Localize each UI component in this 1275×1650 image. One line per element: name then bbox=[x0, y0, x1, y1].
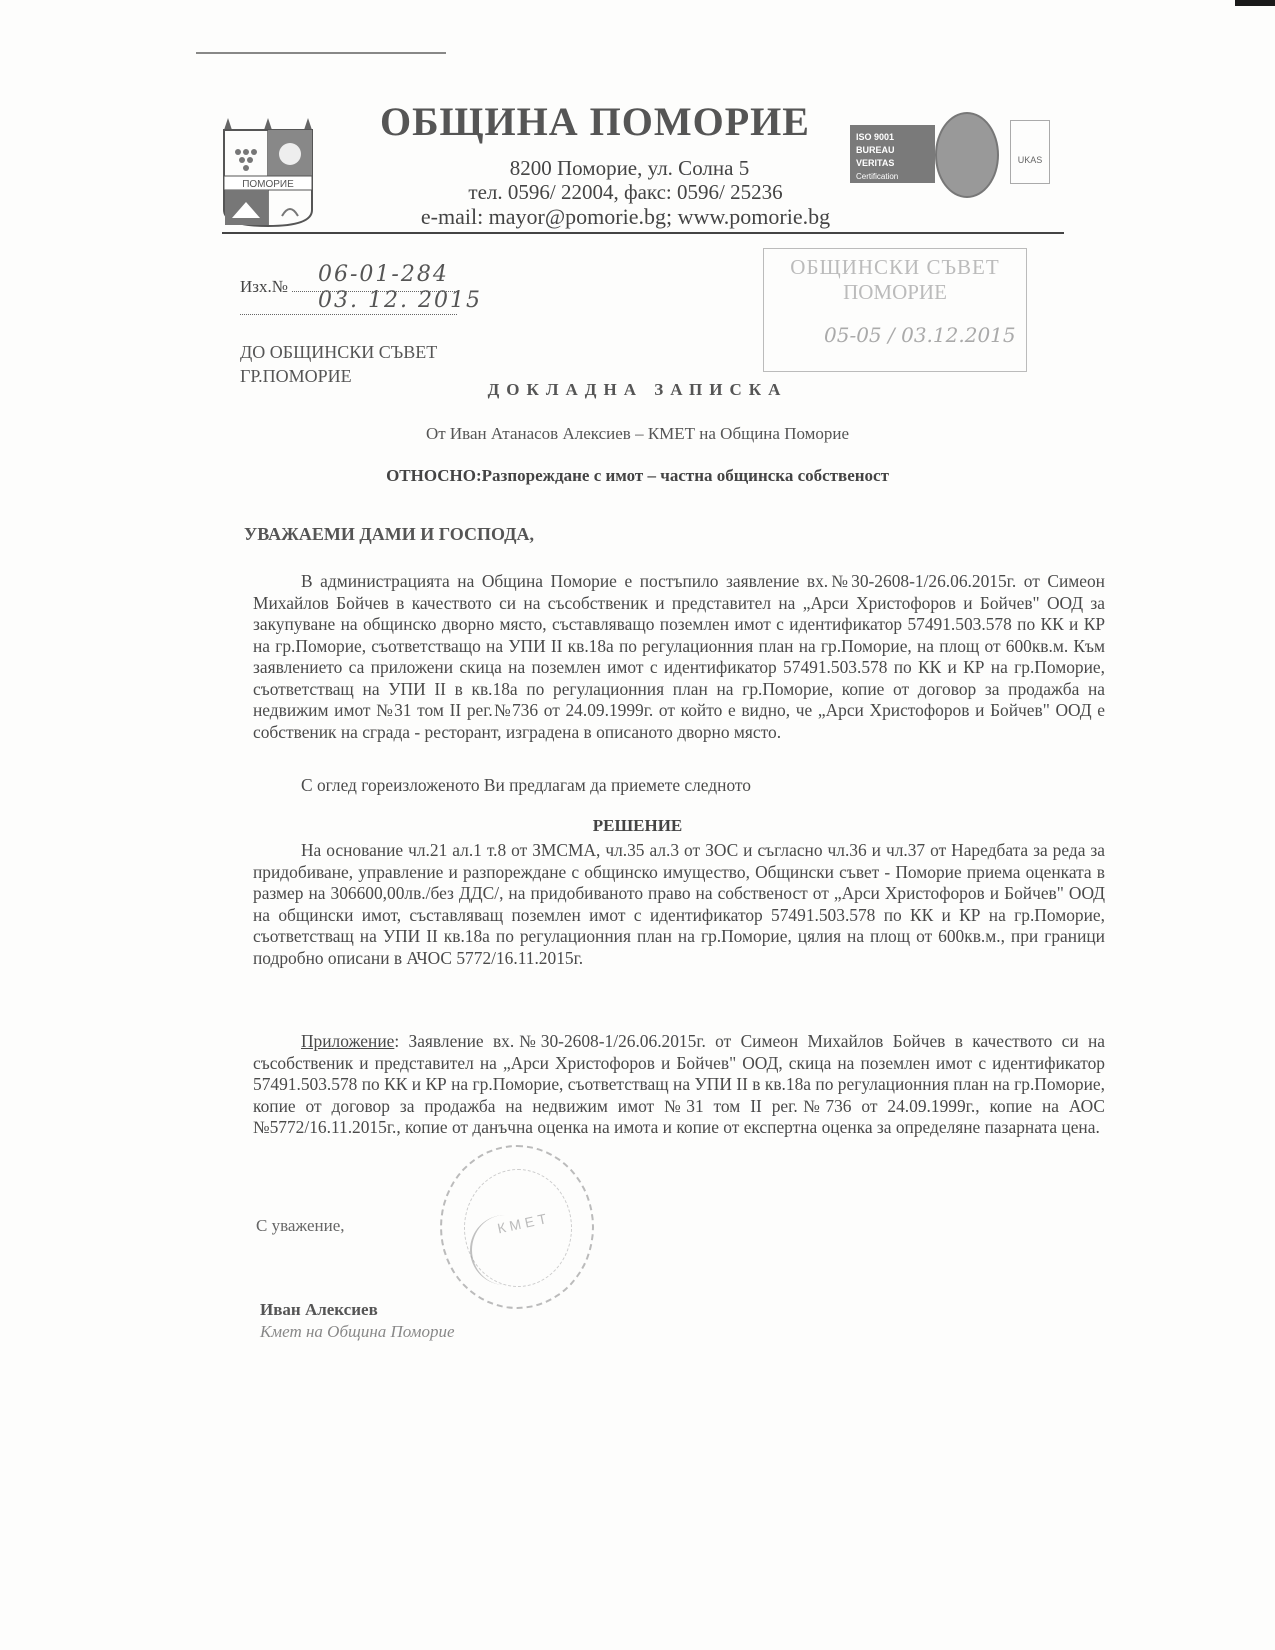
ukas-badge: UKAS bbox=[1010, 120, 1050, 184]
cert-sub-label: Certification bbox=[856, 170, 935, 183]
document-from: От Иван Атанасов Алексиев – КМЕТ на Общи… bbox=[0, 424, 1275, 444]
body-paragraph-1: В администрацията на Община Поморие е по… bbox=[253, 571, 1105, 743]
paragraph-1-text: В администрацията на Община Поморие е по… bbox=[253, 571, 1105, 742]
closing-salutation: С уважение, bbox=[256, 1216, 345, 1236]
signer-role: Кмет на Община Поморие bbox=[260, 1322, 455, 1342]
stamp-line-2: ПОМОРИЕ bbox=[764, 280, 1026, 305]
organization-name: ОБЩИНА ПОМОРИЕ bbox=[380, 98, 810, 145]
decision-text: На основание чл.21 ал.1 т.8 от ЗМСМА, чл… bbox=[253, 840, 1105, 968]
received-stamp: ОБЩИНСКИ СЪВЕТ ПОМОРИЕ 05-05 / 03.12.201… bbox=[763, 248, 1027, 372]
scan-top-rule bbox=[196, 52, 446, 54]
handwritten-number: 06-01-284 bbox=[318, 262, 449, 287]
iso-label: ISO 9001 bbox=[856, 131, 935, 144]
document-subject: ОТНОСНО:Разпореждане с имот – частна общ… bbox=[0, 466, 1275, 486]
decision-paragraph: На основание чл.21 ал.1 т.8 от ЗМСМА, чл… bbox=[253, 840, 1105, 969]
greeting: УВАЖАЕМИ ДАМИ И ГОСПОДА, bbox=[244, 524, 534, 545]
body-paragraph-2: С оглед гореизложеното Ви предлагам да п… bbox=[301, 775, 1101, 797]
stamp-line-1: ОБЩИНСКИ СЪВЕТ bbox=[764, 255, 1026, 280]
iso-certification-badge: ISO 9001 BUREAU VERITAS Certification bbox=[850, 125, 935, 183]
outgoing-number-label: Изх.№ bbox=[240, 277, 288, 297]
scan-edge-mark bbox=[1235, 0, 1275, 6]
handwritten-signature bbox=[470, 1215, 562, 1285]
signer-name: Иван Алексиев bbox=[260, 1300, 378, 1320]
organization-address: 8200 Поморие, ул. Солна 5 bbox=[0, 156, 1267, 181]
attachment-paragraph: Приложение: Заявление вх.№30-2608-1/26.0… bbox=[253, 1031, 1105, 1139]
decision-title: РЕШЕНИЕ bbox=[0, 816, 1275, 836]
handwritten-date: 03. 12. 2015 bbox=[318, 288, 482, 313]
attachment-label: Приложение bbox=[301, 1031, 394, 1051]
organization-phones: тел. 0596/ 22004, факс: 0596/ 25236 bbox=[0, 180, 1263, 205]
recipient-line-1: ДО ОБЩИНСКИ СЪВЕТ bbox=[240, 340, 437, 364]
bureau-veritas-seal-icon bbox=[935, 112, 999, 198]
organization-contacts: e-mail: mayor@pomorie.bg; www.pomorie.bg bbox=[0, 204, 1263, 230]
document-title: ДОКЛАДНА ЗАПИСКА bbox=[0, 380, 1275, 400]
date-dotted-line bbox=[240, 314, 457, 315]
stamp-handwritten-date: 05-05 / 03.12.2015 bbox=[824, 323, 1016, 347]
cert-body-label: BUREAU VERITAS bbox=[856, 144, 935, 170]
letterhead-divider bbox=[222, 232, 1064, 234]
